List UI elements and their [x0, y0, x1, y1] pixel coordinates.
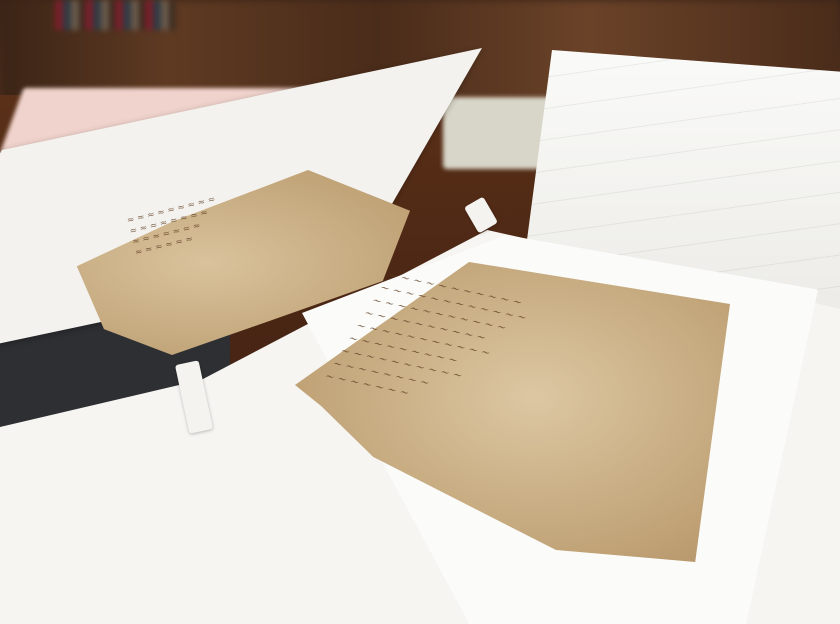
photo-scene: ≈ ≈ ≈ ≈ ≈ ≈ ≈ ≈ ≈ ≈ ≈ ≈ ≈ ≈ ≈ ≈ ≈ ≈ ≈ ≈ … — [0, 0, 840, 624]
background-books — [55, 0, 175, 30]
